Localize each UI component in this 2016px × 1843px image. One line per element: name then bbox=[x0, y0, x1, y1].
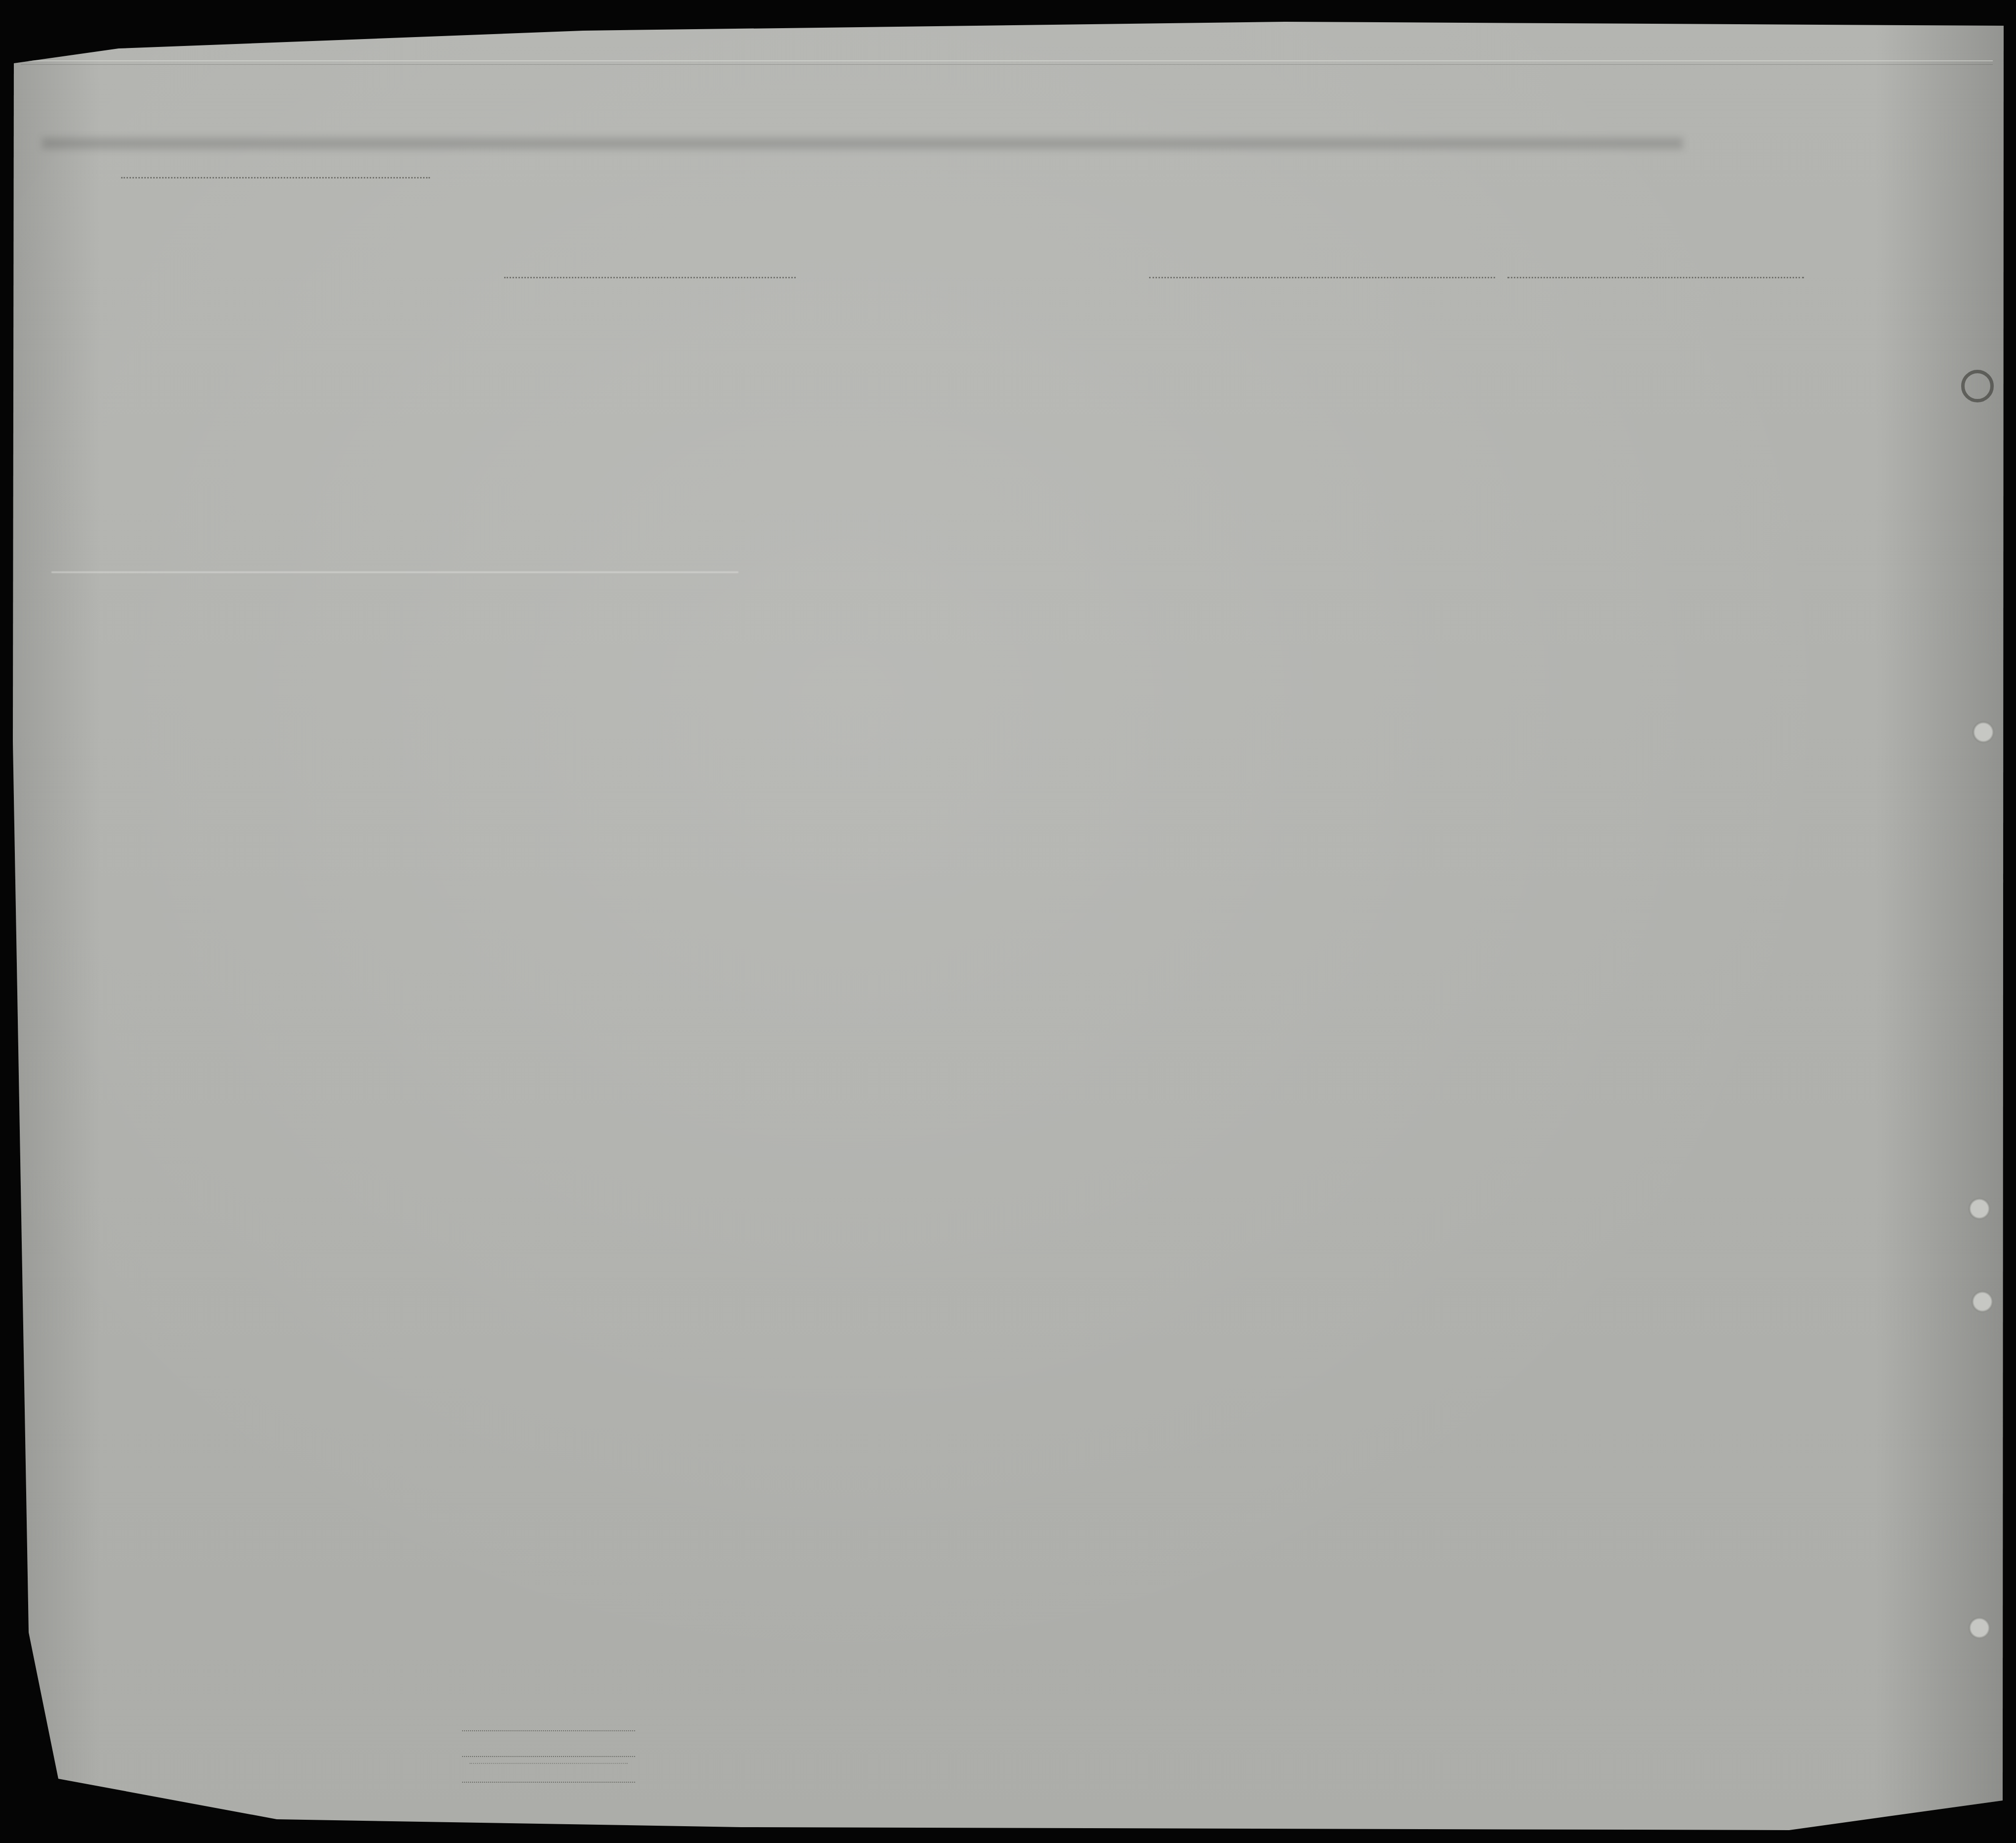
citizens-dotted-line2 bbox=[470, 1763, 628, 1764]
citizens-dotted-line bbox=[462, 1756, 635, 1757]
punch-hole-ring bbox=[1961, 370, 1994, 402]
punch-hole bbox=[1968, 1197, 1991, 1220]
handwritten-marks-layer bbox=[0, 0, 2016, 1843]
punch-hole bbox=[1968, 1617, 1991, 1639]
paper-sheet bbox=[0, 0, 2016, 1843]
aliens-dotted-line bbox=[462, 1782, 635, 1783]
punch-hole bbox=[1972, 721, 1995, 744]
punch-hole bbox=[1971, 1290, 1994, 1313]
manifest-scan bbox=[0, 0, 2016, 1843]
total-dotted-line bbox=[462, 1730, 635, 1731]
